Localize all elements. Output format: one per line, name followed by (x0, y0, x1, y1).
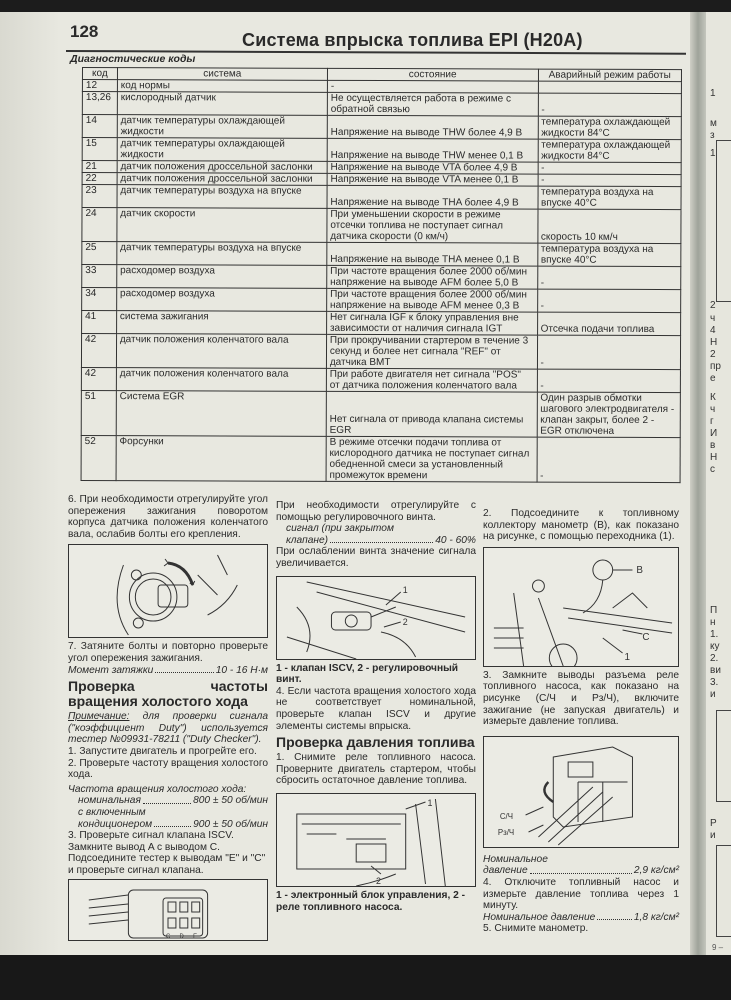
cell-system: датчик температуры охлаждающей жидкости (117, 138, 327, 162)
spec-ac-label-2: кондиционером (78, 819, 152, 831)
step-4-pressure: 4. Отключите топливный насос и измерьте … (483, 877, 679, 912)
spec-ac-value: 900 ± 50 об/мин (193, 819, 268, 831)
cell-fallback: - (537, 335, 681, 370)
spec-nominal-value: 800 ± 50 об/мин (193, 795, 268, 807)
connector-illustration: C — D — E (69, 880, 267, 940)
cell-fallback: - (537, 369, 681, 393)
figure-caption-iscv: 1 - клапан ISCV, 2 - регулировочный винт… (276, 663, 476, 686)
callout-2: 2 (403, 617, 408, 627)
connector-pin-labels: C — D — E (166, 934, 197, 940)
cell-fallback: - (537, 437, 681, 483)
cell-code: 52 (81, 435, 116, 480)
adjacent-page-edge: 1мз12ч4Н2преКчгИвНсПн1.ку2.ви3.иРи (706, 0, 731, 960)
cell-fallback: - (537, 289, 681, 313)
cell-condition: При частоте вращения более 2000 об/мин н… (327, 265, 538, 289)
adjacent-text-fragment: 3. (710, 677, 718, 688)
signal-spec: клапане)40 - 60% (276, 535, 476, 547)
cell-code: 13,26 (82, 92, 117, 115)
column-left: 6. При необходимости отрегулируйте угол … (68, 494, 268, 944)
pressure2-value: 1,8 кг/см² (634, 912, 679, 924)
cell-system: система зажигания (116, 311, 326, 335)
pressure-label: Номинальное (483, 854, 679, 866)
cell-code: 22 (82, 173, 117, 185)
cell-condition: - (327, 80, 538, 93)
figure-iscv-connector: C — D — E (68, 879, 268, 941)
adjust-text: При необходимости отрегулируйте с помощь… (276, 500, 476, 523)
table-row: 42датчик положения коленчатого валаПри р… (81, 367, 680, 392)
cell-condition: Нет сигнала IGF к блоку управления вне з… (326, 311, 537, 335)
torque-value: 10 - 16 Н·м (216, 665, 268, 677)
torque-spec: Момент затяжки10 - 16 Н·м (68, 665, 268, 677)
cell-code: 15 (82, 138, 117, 161)
pressure2-label: Номинальное давление (483, 912, 595, 924)
column-header-code: код (82, 68, 117, 80)
adjacent-text-fragment: ч (710, 404, 715, 415)
cell-code: 51 (81, 390, 116, 435)
adjacent-text-fragment: е (710, 373, 716, 384)
figure-crank-sensor (68, 544, 268, 638)
callout-relay: 2 (376, 876, 381, 886)
cell-condition: Напряжение на выводе VTA более 4,9 В (327, 161, 538, 174)
adjacent-text-fragment: 2. (710, 653, 718, 664)
adjacent-text-fragment: н (710, 617, 716, 628)
step-2-manometer: 2. Подсоедините к топливному коллектору … (483, 508, 679, 543)
cell-fallback: Отсечка подачи топлива (537, 312, 681, 336)
cell-fallback: - (538, 93, 682, 117)
cell-code: 41 (82, 311, 117, 334)
callout-adapter: 1 (625, 652, 631, 663)
scan-border-top (0, 0, 731, 12)
adjacent-text-fragment: 1. (710, 629, 718, 640)
cell-system: кислородный датчик (117, 92, 327, 116)
pressure2-spec: Номинальное давление1,8 кг/см² (483, 912, 679, 924)
table-caption: Диагностические коды (70, 53, 195, 65)
table-row: 13,26кислородный датчикНе осуществляется… (82, 92, 681, 117)
diagnostic-codes-table: код система состояние Аварийный режим ра… (81, 67, 682, 483)
book-gutter (690, 0, 706, 1000)
cell-system: датчик положения коленчатого вала (116, 334, 326, 369)
table-row: 34расходомер воздухаПри частоте вращения… (82, 288, 681, 313)
step-6: 6. При необходимости отрегулируйте угол … (68, 494, 268, 540)
table-row: 33расходомер воздухаПри частоте вращения… (82, 265, 681, 290)
cell-system: Форсунки (116, 436, 326, 482)
cell-condition: При прокручивании стартером в течение 3 … (326, 334, 537, 369)
step-4: 4. Если частота вращения холостого хода … (276, 686, 476, 732)
table-row: 51Система EGRНет сигнала от привода клап… (81, 390, 680, 437)
cell-system: датчик температуры воздуха на впуске (117, 242, 327, 266)
spec-title: Частота вращения холостого хода: (68, 784, 268, 796)
spec-ac: кондиционером900 ± 50 об/мин (68, 819, 268, 831)
cell-system: датчик положения дроссельной заслонки (117, 161, 327, 174)
cell-condition: Напряжение на выводе THA более 4,9 В (327, 185, 538, 209)
cell-condition: В режиме отсечки подачи топлива от кисло… (326, 436, 537, 482)
adjacent-figure-frame (716, 710, 731, 802)
cell-code: 42 (81, 334, 116, 368)
cell-fallback: температура охлаждающей жидкости 84°C (538, 116, 682, 140)
cell-condition: Напряжение на выводе VTA менее 0,1 В (327, 173, 538, 186)
cell-fallback: - (537, 266, 681, 290)
cell-system: датчик температуры охлаждающей жидкости (117, 115, 327, 139)
pressure-value: 2,9 кг/см² (634, 865, 679, 877)
iscv-valve-illustration: 1 2 (277, 577, 475, 659)
cell-code: 12 (82, 80, 117, 92)
torque-label: Момент затяжки (68, 665, 153, 677)
step-2: 2. Проверьте частоту вращения холостого … (68, 758, 268, 781)
ecu-relay-illustration: 1 2 (277, 794, 475, 886)
adjacent-text-fragment: пр (710, 361, 721, 372)
relay-connector-illustration: С/Ч Рз/Ч (484, 737, 678, 847)
adjacent-text-fragment: К (710, 392, 716, 403)
adjacent-text-fragment: ви (710, 665, 721, 676)
manometer-illustration: B C 1 (484, 548, 678, 666)
cell-code: 14 (82, 115, 117, 138)
cell-code: 42 (81, 367, 116, 390)
adjacent-text-fragment: ч (710, 313, 715, 324)
crank-sensor-illustration (69, 545, 267, 637)
adjacent-text-fragment: и (710, 830, 716, 841)
step-3: 3. Проверьте сигнал клапана ISCV. Замкни… (68, 830, 268, 876)
cell-fallback: Один разрыв обмотки шагового электродвиг… (537, 392, 681, 438)
adjacent-text-fragment: и (710, 689, 716, 700)
section-heading-idle: Проверка частоты вращения холостого хода (68, 679, 268, 709)
cell-system: датчик положения коленчатого вала (116, 368, 326, 392)
adjacent-text-fragment: ку (710, 641, 720, 652)
cell-code: 21 (82, 161, 117, 173)
figure-manometer: B C 1 (483, 547, 679, 667)
page-number: 128 (70, 22, 98, 42)
pressure-spec: давление2,9 кг/см² (483, 865, 679, 877)
callout-1: 1 (403, 585, 408, 595)
column-header-fallback: Аварийный режим работы (538, 69, 682, 82)
adjacent-figure-frame (716, 845, 731, 937)
adjacent-text-fragment: м (710, 118, 717, 129)
note-label: Примечание: (68, 711, 130, 722)
signal-label-2: клапане) (286, 535, 328, 547)
step-7: 7. Затяните болты и повторно проверьте у… (68, 641, 268, 664)
cell-fallback: - (538, 162, 682, 175)
step-5: 5. Снимите манометр. (483, 923, 679, 935)
callout-manometer-b: B (636, 565, 643, 576)
cell-code: 25 (82, 242, 117, 265)
cell-system: датчик скорости (117, 208, 327, 243)
cell-system: датчик температуры воздуха на впуске (117, 185, 327, 209)
table-row: 15датчик температуры охлаждающей жидкост… (82, 138, 681, 163)
cell-system: датчик положения дроссельной заслонки (117, 173, 327, 186)
cell-condition: Не осуществляется работа в режиме с обра… (327, 92, 538, 116)
adjacent-text-fragment: 1 (710, 148, 716, 159)
figure-relay-connector: С/Ч Рз/Ч (483, 736, 679, 848)
page-title: Система впрыска топлива EPI (H20A) (242, 30, 583, 51)
scan-border-bottom (0, 955, 731, 1000)
adjacent-text-fragment: 2 (710, 349, 716, 360)
cell-fallback: - (538, 174, 682, 187)
adjacent-text-fragment: г (710, 416, 714, 427)
adjacent-text-fragment: Н (710, 452, 717, 463)
table-row: 52ФорсункиВ режиме отсечки подачи топлив… (81, 435, 680, 482)
adjacent-page-footer: 9 – (712, 943, 723, 952)
cell-code: 23 (82, 185, 117, 208)
spec-nominal-label: номинальная (78, 795, 141, 807)
spec-ac-label: с включенным (68, 807, 268, 819)
cell-condition: Напряжение на выводе THW более 4,9 В (327, 115, 538, 139)
cell-condition: При работе двигателя нет сигнала "POS" о… (326, 368, 537, 392)
column-header-system: система (117, 68, 327, 81)
pressure-label-2: давление (483, 865, 528, 877)
cell-condition: Напряжение на выводе THA менее 0,1 В (327, 242, 538, 266)
adjacent-text-fragment: Н (710, 337, 717, 348)
table-row: 25датчик температуры воздуха на впускеНа… (82, 242, 681, 267)
step-1-fuel: 1. Снимите реле топливного насоса. Прове… (276, 752, 476, 787)
adjacent-text-fragment: И (710, 428, 717, 439)
adjacent-text-fragment: с (710, 464, 715, 475)
adjacent-text-fragment: 1 (710, 88, 716, 99)
spec-nominal: номинальная800 ± 50 об/мин (68, 795, 268, 807)
table-row: 41система зажиганияНет сигнала IGF к бло… (82, 311, 681, 336)
loosen-text: При ослаблении винта значение сигнала ув… (276, 546, 476, 569)
section-heading-fuel-pressure: Проверка давления топлива (276, 735, 476, 750)
label-sch: С/Ч (500, 812, 513, 821)
table-row: 24датчик скоростиПри уменьшении скорости… (82, 208, 681, 244)
callout-c: C (642, 632, 649, 643)
callout-ecu: 1 (427, 798, 432, 808)
adjacent-text-fragment: з (710, 130, 715, 141)
column-header-condition: состояние (327, 68, 538, 81)
step-3-relay: 3. Замкните выводы разъема реле топливно… (483, 670, 679, 728)
table-row: 14датчик температуры охлаждающей жидкост… (82, 115, 681, 140)
table-body: 12код нормы-13,26кислородный датчикНе ос… (81, 80, 681, 483)
cell-fallback: температура воздуха на впуске 40°C (538, 186, 682, 210)
label-rzch: Рз/Ч (498, 828, 514, 837)
cell-fallback: температура воздуха на впуске 40°C (537, 243, 681, 267)
figure-ecu-relay: 1 2 (276, 793, 476, 887)
adjacent-text-fragment: Р (710, 818, 717, 829)
cell-condition: Нет сигнала от привода клапана системы E… (326, 391, 537, 437)
column-right: 2. Подсоедините к топливному коллектору … (483, 508, 679, 935)
cell-condition: При частоте вращения более 2000 об/мин н… (327, 288, 538, 312)
cell-code: 33 (82, 265, 117, 288)
cell-code: 34 (82, 288, 117, 311)
adjacent-text-fragment: 2 (710, 300, 716, 311)
cell-system: Система EGR (116, 391, 326, 437)
cell-condition: Напряжение на выводе THW менее 0,1 В (327, 138, 538, 162)
column-middle: При необходимости отрегулируйте с помощь… (276, 500, 476, 913)
adjacent-text-fragment: 4 (710, 325, 716, 336)
note: Примечание: для проверки сигнала ("коэфф… (68, 711, 268, 746)
adjacent-text-fragment: П (710, 605, 717, 616)
cell-system: расходомер воздуха (117, 265, 327, 289)
step-1: 1. Запустите двигатель и прогрейте его. (68, 746, 268, 758)
adjacent-figure-frame (716, 140, 731, 302)
adjacent-text-fragment: в (710, 440, 715, 451)
cell-code: 24 (82, 208, 117, 242)
table-row: 23датчик температуры воздуха на впускеНа… (82, 185, 681, 210)
figure-iscv-valve: 1 2 (276, 576, 476, 660)
signal-label: сигнал (при закрытом (276, 523, 476, 535)
cell-condition: При уменьшении скорости в режиме отсечки… (327, 208, 538, 243)
cell-fallback: температура охлаждающей жидкости 84°C (538, 139, 682, 163)
cell-fallback (538, 81, 682, 94)
table-row: 42датчик положения коленчатого валаПри п… (81, 334, 680, 370)
cell-fallback: скорость 10 км/ч (537, 209, 681, 244)
cell-system: код нормы (117, 80, 327, 93)
book-page: 128 Система впрыска топлива EPI (H20A) Д… (0, 0, 700, 1000)
cell-system: расходомер воздуха (116, 288, 326, 312)
figure-caption-ecu: 1 - электронный блок управления, 2 - рел… (276, 890, 476, 913)
signal-value: 40 - 60% (435, 535, 476, 547)
